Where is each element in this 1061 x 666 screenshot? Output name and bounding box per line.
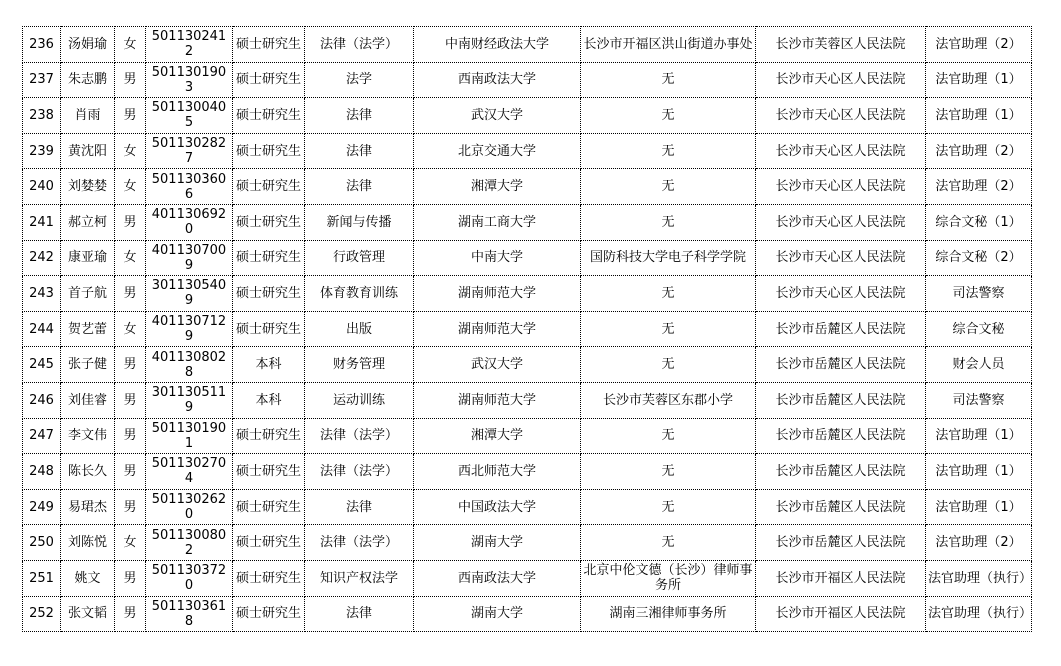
table-row: 243 首子航 男 3011305409 硕士研究生 体育教育训练 湖南师范大学…: [23, 276, 1032, 312]
cell-number: 251: [23, 560, 61, 596]
cell-major: 财务管理: [305, 347, 414, 383]
cell-name: 首子航: [61, 276, 115, 312]
table-row: 237 朱志鹏 男 5011301903 硕士研究生 法学 西南政法大学 无 长…: [23, 62, 1032, 98]
cell-school: 西南政法大学: [414, 560, 581, 596]
table-row: 241 郝立柯 男 4011306920 硕士研究生 新闻与传播 湖南工商大学 …: [23, 204, 1032, 240]
cell-school: 中南财经政法大学: [414, 27, 581, 63]
candidate-roster-table: 236 汤娟瑜 女 5011302412 硕士研究生 法律（法学） 中南财经政法…: [22, 26, 1032, 632]
cell-name: 肖雨: [61, 98, 115, 134]
cell-major: 法律: [305, 596, 414, 632]
cell-major: 法律（法学）: [305, 27, 414, 63]
cell-position: 法官助理（1）: [926, 418, 1032, 454]
cell-name: 贺艺蕾: [61, 311, 115, 347]
cell-gender: 男: [115, 204, 146, 240]
cell-gender: 女: [115, 27, 146, 63]
cell-gender: 女: [115, 169, 146, 205]
cell-gender: 男: [115, 596, 146, 632]
cell-position: 法官助理（1）: [926, 489, 1032, 525]
cell-number: 242: [23, 240, 61, 276]
cell-employer: 长沙市开福区洪山街道办事处: [581, 27, 756, 63]
cell-gender: 男: [115, 276, 146, 312]
cell-exam-id: 5011303720: [146, 560, 233, 596]
cell-exam-id: 5011302827: [146, 133, 233, 169]
cell-exam-id: 4011306920: [146, 204, 233, 240]
table-row: 238 肖雨 男 5011300405 硕士研究生 法律 武汉大学 无 长沙市天…: [23, 98, 1032, 134]
table-row: 246 刘佳睿 男 3011305119 本科 运动训练 湖南师范大学 长沙市芙…: [23, 382, 1032, 418]
cell-school: 武汉大学: [414, 347, 581, 383]
cell-name: 张子健: [61, 347, 115, 383]
cell-degree: 硕士研究生: [233, 240, 305, 276]
cell-position: 法官助理（执行）: [926, 560, 1032, 596]
cell-position: 司法警察: [926, 382, 1032, 418]
cell-number: 250: [23, 525, 61, 561]
cell-major: 法律: [305, 98, 414, 134]
cell-name: 郝立柯: [61, 204, 115, 240]
cell-gender: 男: [115, 489, 146, 525]
cell-gender: 男: [115, 454, 146, 490]
cell-gender: 男: [115, 560, 146, 596]
cell-gender: 女: [115, 240, 146, 276]
cell-court: 长沙市天心区人民法院: [756, 204, 926, 240]
cell-position: 法官助理（1）: [926, 454, 1032, 490]
cell-degree: 硕士研究生: [233, 98, 305, 134]
cell-employer: 无: [581, 489, 756, 525]
cell-name: 李文伟: [61, 418, 115, 454]
cell-school: 湖南大学: [414, 596, 581, 632]
cell-gender: 女: [115, 133, 146, 169]
cell-position: 法官助理（1）: [926, 62, 1032, 98]
table-row: 251 姚文 男 5011303720 硕士研究生 知识产权法学 西南政法大学 …: [23, 560, 1032, 596]
table-row: 242 康亚瑜 女 4011307009 硕士研究生 行政管理 中南大学 国防科…: [23, 240, 1032, 276]
roster-body: 236 汤娟瑜 女 5011302412 硕士研究生 法律（法学） 中南财经政法…: [23, 27, 1032, 632]
cell-school: 西南政法大学: [414, 62, 581, 98]
cell-court: 长沙市天心区人民法院: [756, 98, 926, 134]
cell-school: 湘潭大学: [414, 418, 581, 454]
cell-position: 综合文秘: [926, 311, 1032, 347]
cell-degree: 硕士研究生: [233, 454, 305, 490]
cell-position: 综合文秘（1）: [926, 204, 1032, 240]
cell-school: 湖南师范大学: [414, 276, 581, 312]
cell-major: 法律: [305, 169, 414, 205]
cell-employer: 无: [581, 204, 756, 240]
cell-school: 武汉大学: [414, 98, 581, 134]
cell-employer: 无: [581, 62, 756, 98]
cell-gender: 女: [115, 525, 146, 561]
cell-court: 长沙市岳麓区人民法院: [756, 454, 926, 490]
cell-degree: 硕士研究生: [233, 133, 305, 169]
cell-number: 247: [23, 418, 61, 454]
cell-exam-id: 5011300405: [146, 98, 233, 134]
table-row: 249 易珺杰 男 5011302620 硕士研究生 法律 中国政法大学 无 长…: [23, 489, 1032, 525]
cell-number: 245: [23, 347, 61, 383]
cell-court: 长沙市天心区人民法院: [756, 240, 926, 276]
cell-employer: 无: [581, 525, 756, 561]
cell-name: 朱志鹏: [61, 62, 115, 98]
cell-exam-id: 5011300802: [146, 525, 233, 561]
cell-number: 237: [23, 62, 61, 98]
cell-name: 张文韬: [61, 596, 115, 632]
cell-major: 知识产权法学: [305, 560, 414, 596]
cell-major: 出版: [305, 311, 414, 347]
cell-name: 黄沈阳: [61, 133, 115, 169]
cell-position: 财会人员: [926, 347, 1032, 383]
cell-gender: 男: [115, 98, 146, 134]
cell-employer: 湖南三湘律师事务所: [581, 596, 756, 632]
cell-name: 刘陈悦: [61, 525, 115, 561]
cell-name: 康亚瑜: [61, 240, 115, 276]
cell-major: 法律: [305, 489, 414, 525]
cell-number: 239: [23, 133, 61, 169]
cell-gender: 男: [115, 418, 146, 454]
cell-exam-id: 5011301903: [146, 62, 233, 98]
cell-court: 长沙市岳麓区人民法院: [756, 347, 926, 383]
cell-number: 246: [23, 382, 61, 418]
cell-position: 法官助理（执行）: [926, 596, 1032, 632]
cell-court: 长沙市天心区人民法院: [756, 169, 926, 205]
cell-degree: 硕士研究生: [233, 62, 305, 98]
cell-school: 西北师范大学: [414, 454, 581, 490]
cell-employer: 无: [581, 98, 756, 134]
table-row: 247 李文伟 男 5011301901 硕士研究生 法律（法学） 湘潭大学 无…: [23, 418, 1032, 454]
cell-number: 243: [23, 276, 61, 312]
cell-gender: 男: [115, 62, 146, 98]
cell-degree: 硕士研究生: [233, 489, 305, 525]
table-row: 250 刘陈悦 女 5011300802 硕士研究生 法律（法学） 湖南大学 无…: [23, 525, 1032, 561]
cell-court: 长沙市开福区人民法院: [756, 596, 926, 632]
cell-exam-id: 5011301901: [146, 418, 233, 454]
cell-position: 法官助理（2）: [926, 169, 1032, 205]
cell-school: 中国政法大学: [414, 489, 581, 525]
cell-number: 248: [23, 454, 61, 490]
cell-exam-id: 5011303606: [146, 169, 233, 205]
cell-major: 运动训练: [305, 382, 414, 418]
cell-employer: 无: [581, 347, 756, 383]
cell-major: 法学: [305, 62, 414, 98]
cell-degree: 硕士研究生: [233, 27, 305, 63]
cell-exam-id: 4011307009: [146, 240, 233, 276]
cell-employer: 无: [581, 311, 756, 347]
cell-court: 长沙市开福区人民法院: [756, 560, 926, 596]
cell-name: 刘婪婪: [61, 169, 115, 205]
cell-school: 湖南工商大学: [414, 204, 581, 240]
cell-exam-id: 4011308028: [146, 347, 233, 383]
cell-name: 刘佳睿: [61, 382, 115, 418]
cell-name: 姚文: [61, 560, 115, 596]
table-row: 244 贺艺蕾 女 4011307129 硕士研究生 出版 湖南师范大学 无 长…: [23, 311, 1032, 347]
cell-number: 249: [23, 489, 61, 525]
cell-number: 244: [23, 311, 61, 347]
cell-degree: 硕士研究生: [233, 204, 305, 240]
cell-court: 长沙市天心区人民法院: [756, 276, 926, 312]
cell-employer: 北京中伦文德（长沙）律师事务所: [581, 560, 756, 596]
cell-employer: 无: [581, 454, 756, 490]
cell-name: 陈长久: [61, 454, 115, 490]
cell-employer: 无: [581, 133, 756, 169]
cell-gender: 女: [115, 311, 146, 347]
cell-number: 236: [23, 27, 61, 63]
cell-position: 综合文秘（2）: [926, 240, 1032, 276]
cell-position: 司法警察: [926, 276, 1032, 312]
cell-court: 长沙市天心区人民法院: [756, 62, 926, 98]
table-row: 245 张子健 男 4011308028 本科 财务管理 武汉大学 无 长沙市岳…: [23, 347, 1032, 383]
cell-number: 252: [23, 596, 61, 632]
cell-employer: 无: [581, 418, 756, 454]
cell-major: 法律（法学）: [305, 454, 414, 490]
cell-position: 法官助理（1）: [926, 98, 1032, 134]
cell-degree: 硕士研究生: [233, 169, 305, 205]
cell-court: 长沙市岳麓区人民法院: [756, 311, 926, 347]
cell-name: 易珺杰: [61, 489, 115, 525]
cell-position: 法官助理（2）: [926, 27, 1032, 63]
cell-position: 法官助理（2）: [926, 525, 1032, 561]
cell-degree: 硕士研究生: [233, 596, 305, 632]
cell-position: 法官助理（2）: [926, 133, 1032, 169]
table-row: 248 陈长久 男 5011302704 硕士研究生 法律（法学） 西北师范大学…: [23, 454, 1032, 490]
cell-gender: 男: [115, 382, 146, 418]
cell-degree: 硕士研究生: [233, 525, 305, 561]
cell-gender: 男: [115, 347, 146, 383]
cell-court: 长沙市天心区人民法院: [756, 133, 926, 169]
cell-school: 湖南师范大学: [414, 382, 581, 418]
cell-degree: 硕士研究生: [233, 418, 305, 454]
cell-court: 长沙市岳麓区人民法院: [756, 418, 926, 454]
cell-school: 湖南师范大学: [414, 311, 581, 347]
cell-court: 长沙市芙蓉区人民法院: [756, 27, 926, 63]
cell-number: 238: [23, 98, 61, 134]
cell-degree: 硕士研究生: [233, 560, 305, 596]
cell-number: 240: [23, 169, 61, 205]
cell-degree: 本科: [233, 347, 305, 383]
cell-employer: 国防科技大学电子科学学院: [581, 240, 756, 276]
cell-major: 体育教育训练: [305, 276, 414, 312]
cell-court: 长沙市岳麓区人民法院: [756, 525, 926, 561]
cell-school: 中南大学: [414, 240, 581, 276]
cell-court: 长沙市岳麓区人民法院: [756, 489, 926, 525]
cell-employer: 长沙市芙蓉区东郡小学: [581, 382, 756, 418]
cell-exam-id: 5011302412: [146, 27, 233, 63]
cell-major: 新闻与传播: [305, 204, 414, 240]
cell-exam-id: 5011302620: [146, 489, 233, 525]
cell-exam-id: 3011305119: [146, 382, 233, 418]
table-row: 236 汤娟瑜 女 5011302412 硕士研究生 法律（法学） 中南财经政法…: [23, 27, 1032, 63]
cell-school: 湘潭大学: [414, 169, 581, 205]
cell-court: 长沙市岳麓区人民法院: [756, 382, 926, 418]
cell-school: 湖南大学: [414, 525, 581, 561]
cell-degree: 本科: [233, 382, 305, 418]
cell-exam-id: 5011302704: [146, 454, 233, 490]
cell-school: 北京交通大学: [414, 133, 581, 169]
table-row: 240 刘婪婪 女 5011303606 硕士研究生 法律 湘潭大学 无 长沙市…: [23, 169, 1032, 205]
cell-exam-id: 4011307129: [146, 311, 233, 347]
cell-major: 行政管理: [305, 240, 414, 276]
cell-number: 241: [23, 204, 61, 240]
table-row: 252 张文韬 男 5011303618 硕士研究生 法律 湖南大学 湖南三湘律…: [23, 596, 1032, 632]
cell-exam-id: 3011305409: [146, 276, 233, 312]
cell-exam-id: 5011303618: [146, 596, 233, 632]
cell-employer: 无: [581, 169, 756, 205]
cell-employer: 无: [581, 276, 756, 312]
cell-degree: 硕士研究生: [233, 276, 305, 312]
cell-name: 汤娟瑜: [61, 27, 115, 63]
table-row: 239 黄沈阳 女 5011302827 硕士研究生 法律 北京交通大学 无 长…: [23, 133, 1032, 169]
cell-degree: 硕士研究生: [233, 311, 305, 347]
cell-major: 法律（法学）: [305, 418, 414, 454]
cell-major: 法律: [305, 133, 414, 169]
cell-major: 法律（法学）: [305, 525, 414, 561]
